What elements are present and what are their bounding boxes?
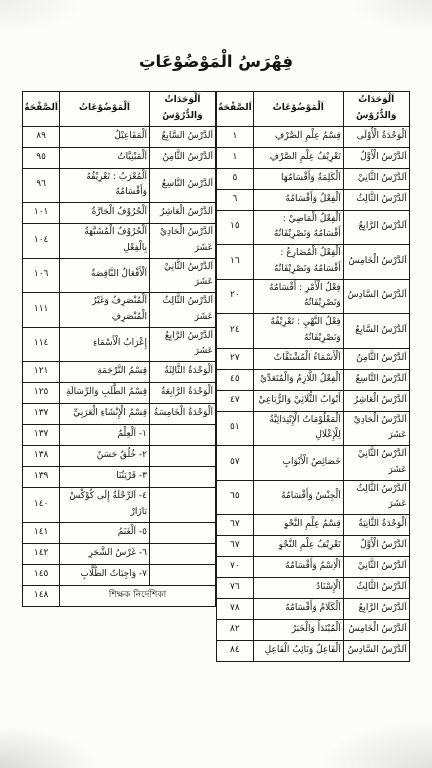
toc-header-row: اَلْوَحَدَاتُ وَالدُّرُوْسُاَلْمَوْضُوْع… — [217, 92, 410, 127]
page-cell: ١١١ — [23, 293, 60, 328]
unit-cell: اَلدَّرْسُ الْخَامِسُ — [343, 245, 409, 280]
toc-row: اَلدَّرْسُ السَّادِسُفِعْلُ الْأَمْرِ : … — [217, 279, 410, 314]
toc-row: ٥- اَلْغَنَمُ١٤١ — [23, 522, 216, 543]
topic-cell: قِسْمُ عِلْمِ النَّحْوِ — [253, 515, 343, 536]
page-cell: ٤٥ — [217, 369, 254, 390]
units-lessons-header: اَلْوَحَدَاتُ وَالدُّرُوْسُ — [343, 92, 409, 127]
unit-cell: اَلدَّرْسُ الْحَادِيْ عَشَرَ — [343, 411, 409, 446]
toc-row: اَلدَّرْسُ الثَّانِيْاَلْكَلِمَةُ وَأَقْ… — [217, 168, 410, 189]
toc-row: اَلدَّرْسُ الثَّالِثُ عَشَرَاَلْجِنْسُ و… — [217, 480, 410, 515]
unit-cell: اَلدَّرْسُ الثَّانِيْ عَشَرَ — [343, 446, 409, 481]
topic-cell: اَلْكَلَامُ وَأَقْسَامُهُ — [253, 599, 343, 620]
topic-cell: اَلْمُنْصَرِفُ وَغَيْرُ الْمُنْصَرِفِ — [60, 293, 150, 328]
unit-cell: اَلدَّرْسُ الثَّالِثُ عَشَرَ — [150, 293, 216, 328]
topic-cell: أَبْوَابُ الثُّلَاثِيْ وَالرُّبَاعِيْ — [253, 390, 343, 411]
page-cell: ١٤٢ — [23, 543, 60, 564]
topic-cell: قِسْمُ عِلْمِ الصَّرْفِ — [253, 126, 343, 147]
unit-cell — [150, 446, 216, 467]
unit-cell: اَلدَّرْسُ التَّاسِعُ — [150, 168, 216, 203]
toc-row: اَلدَّرْسُ السَّابِعُاَلْمَفَاعِيْلُ٨٩ — [23, 126, 216, 147]
topic-cell: اَلْفِعْلُ وَأَقْسَامُهُ — [253, 189, 343, 210]
toc-row: اَلْوَحْدَةُ الثَّالِثَةُقِسْمُ التَّرْج… — [23, 362, 216, 383]
unit-cell: اَلدَّرْسُ السَّابِعُ — [150, 126, 216, 147]
unit-cell: اَلدَّرْسُ الرَّابِعُ — [343, 210, 409, 245]
toc-header-row: اَلْوَحَدَاتُ وَالدُّرُوْسُاَلْمَوْضُوْع… — [23, 92, 216, 127]
toc-table-second-body: اَلْوَحَدَاتُ وَالدُّرُوْسُاَلْمَوْضُوْع… — [23, 92, 216, 607]
toc-row: اَلدَّرْسُ الثَّانِيْ عَشَرَخَصَائِصُ ال… — [217, 446, 410, 481]
unit-cell: اَلدَّرْسُ الرَّابِعُ — [343, 599, 409, 620]
page-cell: ١٠٤ — [23, 224, 60, 259]
topic-cell: تَعْرِيْفُ عِلْمِ الصَّرْفِ — [253, 147, 343, 168]
unit-cell — [150, 522, 216, 543]
unit-cell: اَلدَّرْسُ الْأَوَّلُ — [343, 147, 409, 168]
topic-cell: اَلْأَسْمَاءُ الْمُشْتَقَّاتُ — [253, 348, 343, 369]
toc-row: اَلدَّرْسُ السَّابِعُفِعْلُ النَّهْيِ : … — [217, 314, 410, 349]
toc-row: ٧- وَاجِبَاتُ الطُّلَّابِ١٤٥ — [23, 564, 216, 585]
unit-cell: اَلدَّرْسُ الثَّالِثُ — [343, 189, 409, 210]
page-cell: ١٠١ — [23, 203, 60, 224]
toc-row: اَلْوَحْدَةُ الْأُوْلَىقِسْمُ عِلْمِ الص… — [217, 126, 410, 147]
toc-row: اَلدَّرْسُ الْخَامِسُاَلْفِعْلُ الْمُضَا… — [217, 245, 410, 280]
topic-cell: اَلْإِسْنَادُ — [253, 578, 343, 599]
toc-table-first-body: اَلْوَحَدَاتُ وَالدُّرُوْسُاَلْمَوْضُوْع… — [217, 92, 410, 662]
toc-row: اَلدَّرْسُ الثَّامِنُاَلْأَسْمَاءُ الْمُ… — [217, 348, 410, 369]
page-cell: ١٦ — [217, 245, 254, 280]
unit-cell: اَلدَّرْسُ الْعَاشِرُ — [343, 390, 409, 411]
toc-row: اَلدَّرْسُ الثَّانِيْاَلْاِسْمُ وَأَقْسَ… — [217, 557, 410, 578]
unit-cell — [150, 488, 216, 523]
page-cell: ٤٧ — [217, 390, 254, 411]
unit-cell: اَلْوَحْدَةُ الْخَامِسَةُ — [150, 404, 216, 425]
page-cell: ٧٠ — [217, 557, 254, 578]
unit-cell: اَلدَّرْسُ الرَّابِعُ عَشَرَ — [150, 327, 216, 362]
toc-row: اَلدَّرْسُ الْعَاشِرُأَبْوَابُ الثُّلَاث… — [217, 390, 410, 411]
unit-cell: اَلدَّرْسُ الثَّانِيْ — [343, 557, 409, 578]
page-cell: ١١٤ — [23, 327, 60, 362]
unit-cell: اَلدَّرْسُ الثَّامِنُ — [343, 348, 409, 369]
topic-cell: اَلْمَعْلُوْمَاتُ الْإِبْتِدَائِيَّةُ لِ… — [253, 411, 343, 446]
toc-row: اَلدَّرْسُ الْأَوَّلُتَعْرِيْفُ عِلْمِ ا… — [217, 147, 410, 168]
topic-cell: فِعْلُ النَّهْيِ : تَعْرِيْفُهُ وَتَصْرِ… — [253, 314, 343, 349]
topic-cell: اَلْحُرُوْفُ الْمُشَبَّهَةُ بِالْفِعْلِ — [60, 224, 150, 259]
topic-cell: اَلْجِنْسُ وَأَقْسَامُهُ — [253, 480, 343, 515]
unit-cell: اَلدَّرْسُ الثَّانِيْ عَشَرَ — [150, 258, 216, 293]
toc-row: اَلْوَحْدَةُ الثَّانِيَةُقِسْمُ عِلْمِ ا… — [217, 515, 410, 536]
toc-row: اَلدَّرْسُ الرَّابِعُ عَشَرَإِعْرَابُ ال… — [23, 327, 216, 362]
page-cell: ١٣٨ — [23, 446, 60, 467]
page-cell: ٢٤ — [217, 314, 254, 349]
unit-cell: اَلدَّرْسُ الثَّامِنُ — [150, 147, 216, 168]
toc-row: اَلدَّرْسُ الثَّامِنُاَلْمَبْنِيَّاتُ٩٥ — [23, 147, 216, 168]
unit-cell — [150, 425, 216, 446]
topics-header: اَلْمَوْضُوْعَاتُ — [60, 92, 150, 127]
units-lessons-header: اَلْوَحَدَاتُ وَالدُّرُوْسُ — [150, 92, 216, 127]
page-cell: ١ — [217, 126, 254, 147]
page-cell: ٨٩ — [23, 126, 60, 147]
toc-row: اَلدَّرْسُ السَّادِسُاَلْفَاعِلُ وَنَائِ… — [217, 641, 410, 662]
page-cell: ١٤١ — [23, 522, 60, 543]
topic-cell: اَلْمَبْنِيَّاتُ — [60, 147, 150, 168]
toc-row: ٣- قَرْيَتُنَا١٣٩ — [23, 467, 216, 488]
toc-row: اَلْوَحْدَةُ الْخَامِسَةُقِسْمُ الْإِنْش… — [23, 404, 216, 425]
page-cell: ٢٠ — [217, 279, 254, 314]
topic-cell: اَلْفِعْلُ اللَّازِمُ وَالْمُتَعَدِّيْ — [253, 369, 343, 390]
topic-cell: قِسْمُ التَّرْجَمَةِ — [60, 362, 150, 383]
topic-cell: ٣- قَرْيَتُنَا — [60, 467, 150, 488]
page-cell: ٦٧ — [217, 515, 254, 536]
topic-cell: اَلْفِعْلُ الْمُضَارِعُ : أَقْسَامُهُ وَ… — [253, 245, 343, 280]
toc-row: اَلدَّرْسُ الثَّالِثُاَلْفِعْلُ وَأَقْسَ… — [217, 189, 410, 210]
topic-cell: خَصَائِصُ الْأَبْوَابِ — [253, 446, 343, 481]
toc-row: اَلدَّرْسُ الْأَوَّلُتَعْرِيْفُ عِلْمِ ا… — [217, 536, 410, 557]
page-title: فِهْرَسُ الْمَوْضُوْعَاتِ — [0, 0, 432, 71]
toc-row: اَلدَّرْسُ التَّاسِعُاَلْفِعْلُ اللَّازِ… — [217, 369, 410, 390]
page-cell: ٥١ — [217, 411, 254, 446]
topic-cell: اَلْاِسْمُ وَأَقْسَامُهُ — [253, 557, 343, 578]
page-cell: ١٢٥ — [23, 383, 60, 404]
topic-cell: اَلْأَفْعَالُ النَّاقِصَةُ — [60, 258, 150, 293]
unit-cell: اَلْوَحْدَةُ الرَّابِعَةُ — [150, 383, 216, 404]
unit-cell: اَلدَّرْسُ السَّادِسُ — [343, 279, 409, 314]
page-cell: ١٤٠ — [23, 488, 60, 523]
topic-cell: إِعْرَابُ الْأَسْمَاءِ — [60, 327, 150, 362]
unit-cell: اَلدَّرْسُ الْأَوَّلُ — [343, 536, 409, 557]
toc-row: اَلدَّرْسُ الْعَاشِرُاَلْحُرُوْفُ الْجَا… — [23, 203, 216, 224]
page-cell: ٥ — [217, 168, 254, 189]
page-cell: ١٠٦ — [23, 258, 60, 293]
topic-cell: اَلْمُبْتَدَأُ وَالْخَبَرُ — [253, 620, 343, 641]
topic-cell: قِسْمُ الْإِنْشَاءِ الْعَرَبِيِّ — [60, 404, 150, 425]
unit-cell — [150, 543, 216, 564]
page-cell: ٦٧ — [217, 536, 254, 557]
topic-cell: ٥- اَلْغَنَمُ — [60, 522, 150, 543]
toc-row: اَلدَّرْسُ الْحَادِيْ عَشَرَاَلْحُرُوْفُ… — [23, 224, 216, 259]
toc-row: اَلدَّرْسُ الرَّابِعُاَلْفِعْلُ الْمَاضِ… — [217, 210, 410, 245]
page-cell: ١٢١ — [23, 362, 60, 383]
page-header: اَلصَّفْحَةُ — [23, 92, 60, 127]
topic-cell: ٧- وَاجِبَاتُ الطُّلَّابِ — [60, 564, 150, 585]
toc-row: اَلدَّرْسُ الرَّابِعُاَلْكَلَامُ وَأَقْس… — [217, 599, 410, 620]
page-cell: ١ — [217, 147, 254, 168]
unit-cell: اَلدَّرْسُ السَّابِعُ — [343, 314, 409, 349]
unit-cell: اَلدَّرْسُ الْحَادِيْ عَشَرَ — [150, 224, 216, 259]
unit-cell: اَلْوَحْدَةُ الْأُوْلَى — [343, 126, 409, 147]
page-cell: ٨٤ — [217, 641, 254, 662]
toc-row: اَلدَّرْسُ التَّاسِعُاَلْمُعْرَبُ : تَعْ… — [23, 168, 216, 203]
topic-cell: ٤- اَلرِّحْلَةُ إِلَى كُوْكْسْ بَازَارْ — [60, 488, 150, 523]
unit-cell: اَلدَّرْسُ الْخَامِسُ — [343, 620, 409, 641]
unit-cell: اَلدَّرْسُ الْعَاشِرُ — [150, 203, 216, 224]
toc-row: اَلْوَحْدَةُ الرَّابِعَةُقِسْمُ الطَّلَب… — [23, 383, 216, 404]
page-cell: ١٥ — [217, 210, 254, 245]
topic-cell: ١- اَلْعِلْمُ — [60, 425, 150, 446]
toc-tables-container: اَلْوَحَدَاتُ وَالدُّرُوْسُاَلْمَوْضُوْع… — [0, 91, 432, 662]
toc-row: اَلدَّرْسُ الْحَادِيْ عَشَرَاَلْمَعْلُوْ… — [217, 411, 410, 446]
toc-row: ٦- غَرْسُ الشَّجَرِ١٤٢ — [23, 543, 216, 564]
unit-cell: اَلْوَحْدَةُ الثَّالِثَةُ — [150, 362, 216, 383]
page-cell: ٩٦ — [23, 168, 60, 203]
unit-cell: اَلدَّرْسُ الثَّانِيْ — [343, 168, 409, 189]
toc-row: اَلدَّرْسُ الثَّالِثُاَلْإِسْنَادُ٧٦ — [217, 578, 410, 599]
topic-cell: اَلْمُعْرَبُ : تَعْرِيْفُهُ وَأَقْسَامُه… — [60, 168, 150, 203]
page-cell: ١٤٨ — [23, 585, 60, 606]
unit-cell: اَلْوَحْدَةُ الثَّانِيَةُ — [343, 515, 409, 536]
page-cell: ٧٨ — [217, 599, 254, 620]
page-cell: ١٤٥ — [23, 564, 60, 585]
topic-cell: শিক্ষক নির্দেশিকা — [60, 585, 216, 606]
page-cell: ٩٥ — [23, 147, 60, 168]
unit-cell — [150, 467, 216, 488]
unit-cell: اَلدَّرْسُ الثَّالِثُ عَشَرَ — [343, 480, 409, 515]
topic-cell: اَلْكَلِمَةُ وَأَقْسَامُهَا — [253, 168, 343, 189]
page-cell: ٧٦ — [217, 578, 254, 599]
page-cell: ٦٥ — [217, 480, 254, 515]
page-cell: ٨٢ — [217, 620, 254, 641]
scanned-toc-page: { "page": { "title": "فِهْرَسُ الْمَوْضُ… — [0, 0, 432, 768]
topic-cell: تَعْرِيْفُ عِلْمِ النَّحْوِ — [253, 536, 343, 557]
page-cell: ١٣٧ — [23, 425, 60, 446]
topics-header: اَلْمَوْضُوْعَاتُ — [253, 92, 343, 127]
topic-cell: فِعْلُ الْأَمْرِ : أَقْسَامُهُ وَتَصْرِي… — [253, 279, 343, 314]
topic-cell: اَلْحُرُوْفُ الْجَارَّةُ — [60, 203, 150, 224]
page-cell: ٢٧ — [217, 348, 254, 369]
unit-cell: اَلدَّرْسُ السَّادِسُ — [343, 641, 409, 662]
topic-cell: ٦- غَرْسُ الشَّجَرِ — [60, 543, 150, 564]
unit-cell: اَلدَّرْسُ الثَّالِثُ — [343, 578, 409, 599]
toc-row: ٤- اَلرِّحْلَةُ إِلَى كُوْكْسْ بَازَارْ١… — [23, 488, 216, 523]
page-cell: ١٣٩ — [23, 467, 60, 488]
page-header: اَلصَّفْحَةُ — [217, 92, 254, 127]
toc-table-first: اَلْوَحَدَاتُ وَالدُّرُوْسُاَلْمَوْضُوْع… — [216, 91, 410, 662]
toc-row: اَلدَّرْسُ الثَّانِيْ عَشَرَاَلْأَفْعَال… — [23, 258, 216, 293]
unit-cell: اَلدَّرْسُ التَّاسِعُ — [343, 369, 409, 390]
page-cell: ٦ — [217, 189, 254, 210]
topic-cell: اَلْمَفَاعِيْلُ — [60, 126, 150, 147]
toc-row: اَلدَّرْسُ الْخَامِسُاَلْمُبْتَدَأُ وَال… — [217, 620, 410, 641]
toc-row: শিক্ষক নির্দেশিকা١٤٨ — [23, 585, 216, 606]
page-cell: ١٣٧ — [23, 404, 60, 425]
topic-cell: اَلْفَاعِلُ وَنَائِبُ الْفَاعِلِ — [253, 641, 343, 662]
toc-row: ١- اَلْعِلْمُ١٣٧ — [23, 425, 216, 446]
toc-table-second: اَلْوَحَدَاتُ وَالدُّرُوْسُاَلْمَوْضُوْع… — [22, 91, 216, 607]
toc-row: اَلدَّرْسُ الثَّالِثُ عَشَرَاَلْمُنْصَرِ… — [23, 293, 216, 328]
topic-cell: قِسْمُ الطَّلَبِ وَالرِّسَالَةِ — [60, 383, 150, 404]
topic-cell: اَلْفِعْلُ الْمَاضِيْ : أَقْسَامُهُ وَتَ… — [253, 210, 343, 245]
toc-row: ٢- خُلُقٌ حَسَنٌ١٣٨ — [23, 446, 216, 467]
unit-cell — [150, 564, 216, 585]
page-cell: ٥٧ — [217, 446, 254, 481]
topic-cell: ٢- خُلُقٌ حَسَنٌ — [60, 446, 150, 467]
